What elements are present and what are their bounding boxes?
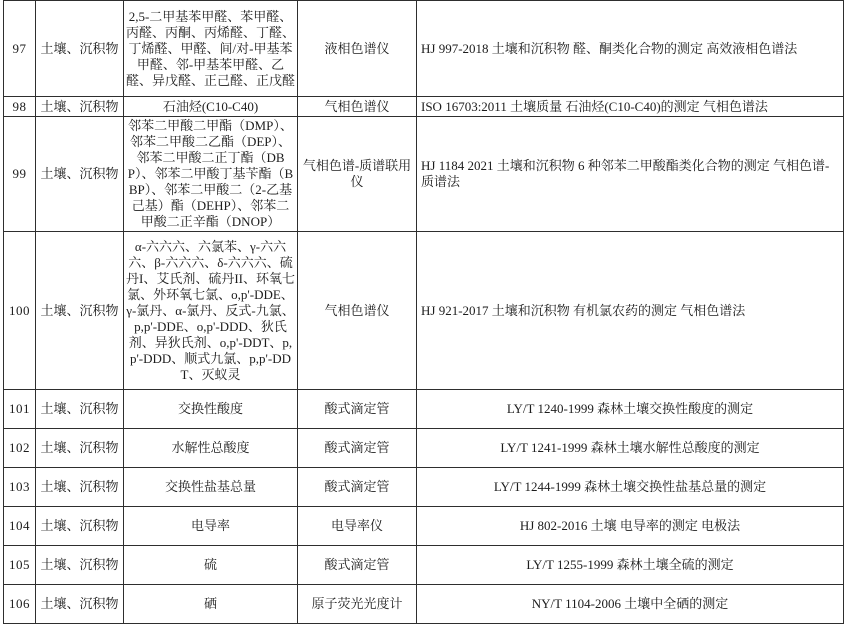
sample-category: 土壤、沉积物	[36, 546, 124, 585]
method-standard: LY/T 1240-1999 森林土壤交换性酸度的测定	[417, 390, 844, 429]
method-standard: HJ 1184 2021 土壤和沉积物 6 种邻苯二甲酸酯类化合物的测定 气相色…	[417, 117, 844, 232]
method-standard: ISO 16703:2011 土壤质量 石油烃(C10-C40)的测定 气相色谱…	[417, 97, 844, 117]
analyte-parameters: 石油烃(C10-C40)	[124, 97, 298, 117]
method-standard: HJ 802-2016 土壤 电导率的测定 电极法	[417, 507, 844, 546]
instrument-name: 气相色谱仪	[298, 97, 417, 117]
table-row: 106 土壤、沉积物 硒 原子荧光光度计 NY/T 1104-2006 土壤中全…	[4, 585, 844, 624]
analyte-parameters: 电导率	[124, 507, 298, 546]
method-standard: HJ 921-2017 土壤和沉积物 有机氯农药的测定 气相色谱法	[417, 232, 844, 390]
method-standard: HJ 997-2018 土壤和沉积物 醛、酮类化合物的测定 高效液相色谱法	[417, 1, 844, 97]
instrument-name: 电导率仪	[298, 507, 417, 546]
row-number: 99	[4, 117, 36, 232]
method-standard: NY/T 1104-2006 土壤中全硒的测定	[417, 585, 844, 624]
table-row: 103 土壤、沉积物 交换性盐基总量 酸式滴定管 LY/T 1244-1999 …	[4, 468, 844, 507]
row-number: 102	[4, 429, 36, 468]
analyte-parameters: 水解性总酸度	[124, 429, 298, 468]
row-number: 100	[4, 232, 36, 390]
instrument-name: 液相色谱仪	[298, 1, 417, 97]
analyte-parameters: 邻苯二甲酸二甲酯（DMP）、邻苯二甲酸二乙酯（DEP）、邻苯二甲酸二正丁酯（DB…	[124, 117, 298, 232]
sample-category: 土壤、沉积物	[36, 390, 124, 429]
sample-category: 土壤、沉积物	[36, 232, 124, 390]
table-row: 101 土壤、沉积物 交换性酸度 酸式滴定管 LY/T 1240-1999 森林…	[4, 390, 844, 429]
sample-category: 土壤、沉积物	[36, 97, 124, 117]
row-number: 106	[4, 585, 36, 624]
method-standard: LY/T 1241-1999 森林土壤水解性总酸度的测定	[417, 429, 844, 468]
instrument-name: 气相色谱-质谱联用仪	[298, 117, 417, 232]
table-row: 99 土壤、沉积物 邻苯二甲酸二甲酯（DMP）、邻苯二甲酸二乙酯（DEP）、邻苯…	[4, 117, 844, 232]
sample-category: 土壤、沉积物	[36, 117, 124, 232]
analyte-parameters: 2,5-二甲基苯甲醛、苯甲醛、丙醛、丙酮、丙烯醛、丁醛、丁烯醛、甲醛、间/对-甲…	[124, 1, 298, 97]
row-number: 104	[4, 507, 36, 546]
sample-category: 土壤、沉积物	[36, 468, 124, 507]
table-row: 104 土壤、沉积物 电导率 电导率仪 HJ 802-2016 土壤 电导率的测…	[4, 507, 844, 546]
instrument-name: 酸式滴定管	[298, 429, 417, 468]
analyte-parameters: 硫	[124, 546, 298, 585]
row-number: 105	[4, 546, 36, 585]
table-row: 98 土壤、沉积物 石油烃(C10-C40) 气相色谱仪 ISO 16703:2…	[4, 97, 844, 117]
analyte-parameters: 交换性酸度	[124, 390, 298, 429]
table-row: 105 土壤、沉积物 硫 酸式滴定管 LY/T 1255-1999 森林土壤全硫…	[4, 546, 844, 585]
instrument-name: 酸式滴定管	[298, 390, 417, 429]
sample-category: 土壤、沉积物	[36, 585, 124, 624]
table-row: 102 土壤、沉积物 水解性总酸度 酸式滴定管 LY/T 1241-1999 森…	[4, 429, 844, 468]
instrument-name: 气相色谱仪	[298, 232, 417, 390]
sample-category: 土壤、沉积物	[36, 429, 124, 468]
analysis-methods-table: 97 土壤、沉积物 2,5-二甲基苯甲醛、苯甲醛、丙醛、丙酮、丙烯醛、丁醛、丁烯…	[3, 0, 844, 624]
table-row: 97 土壤、沉积物 2,5-二甲基苯甲醛、苯甲醛、丙醛、丙酮、丙烯醛、丁醛、丁烯…	[4, 1, 844, 97]
method-standard: LY/T 1255-1999 森林土壤全硫的测定	[417, 546, 844, 585]
instrument-name: 酸式滴定管	[298, 546, 417, 585]
instrument-name: 酸式滴定管	[298, 468, 417, 507]
sample-category: 土壤、沉积物	[36, 507, 124, 546]
table-body: 97 土壤、沉积物 2,5-二甲基苯甲醛、苯甲醛、丙醛、丙酮、丙烯醛、丁醛、丁烯…	[4, 1, 844, 624]
row-number: 97	[4, 1, 36, 97]
row-number: 103	[4, 468, 36, 507]
sample-category: 土壤、沉积物	[36, 1, 124, 97]
row-number: 101	[4, 390, 36, 429]
instrument-name: 原子荧光光度计	[298, 585, 417, 624]
analyte-parameters: 交换性盐基总量	[124, 468, 298, 507]
table-row: 100 土壤、沉积物 α-六六六、六氯苯、γ-六六六、β-六六六、δ-六六六、硫…	[4, 232, 844, 390]
document-page: 97 土壤、沉积物 2,5-二甲基苯甲醛、苯甲醛、丙醛、丙酮、丙烯醛、丁醛、丁烯…	[0, 0, 845, 631]
analyte-parameters: α-六六六、六氯苯、γ-六六六、β-六六六、δ-六六六、硫丹I、艾氏剂、硫丹II…	[124, 232, 298, 390]
row-number: 98	[4, 97, 36, 117]
method-standard: LY/T 1244-1999 森林土壤交换性盐基总量的测定	[417, 468, 844, 507]
analyte-parameters: 硒	[124, 585, 298, 624]
